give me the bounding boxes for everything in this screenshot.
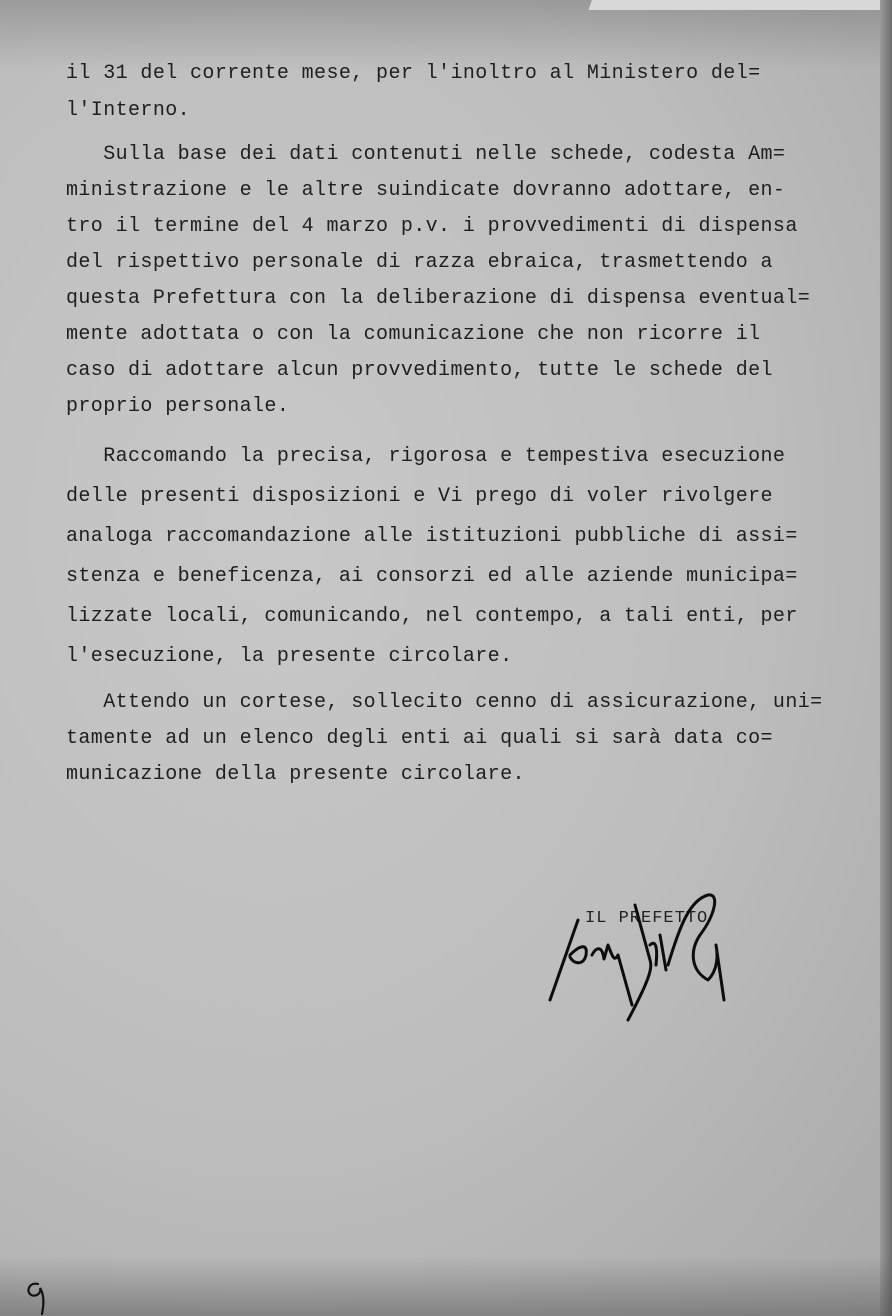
text-line: l'Interno.	[66, 99, 190, 122]
text-line: mente adottata o con la comunicazione ch…	[66, 323, 761, 346]
top-shadow	[0, 0, 892, 70]
text-line: proprio personale.	[66, 395, 289, 418]
text-line: municazione della presente circolare.	[66, 763, 525, 786]
handwritten-signature-icon	[540, 885, 760, 1025]
text-line: stenza e beneficenza, ai consorzi ed all…	[66, 565, 798, 588]
text-line: Raccomando la precisa, rigorosa e tempes…	[66, 445, 785, 468]
text-line: questa Prefettura con la deliberazione d…	[66, 287, 810, 310]
signature-block: IL PREFETTO	[540, 885, 760, 1025]
text-line: ministrazione e le altre suindicate dovr…	[66, 179, 785, 202]
bottom-shadow	[0, 1256, 892, 1316]
underlying-page-edge	[588, 0, 892, 10]
right-page-edge	[880, 0, 892, 1316]
text-line: analoga raccomandazione alle istituzioni…	[66, 525, 798, 548]
text-line: lizzate locali, comunicando, nel contemp…	[66, 605, 798, 628]
text-line: Attendo un cortese, sollecito cenno di a…	[66, 691, 823, 714]
text-line: tamente ad un elenco degli enti ai quali…	[66, 727, 773, 750]
document-page: il 31 del corrente mese, per l'inoltro a…	[0, 0, 892, 1316]
text-line: del rispettivo personale di razza ebraic…	[66, 251, 773, 274]
handwritten-page-number-icon	[24, 1280, 54, 1316]
text-line: caso di adottare alcun provvedimento, tu…	[66, 359, 773, 382]
text-line: Sulla base dei dati contenuti nelle sche…	[66, 143, 785, 166]
text-line: tro il termine del 4 marzo p.v. i provve…	[66, 215, 798, 238]
text-line: il 31 del corrente mese, per l'inoltro a…	[66, 62, 761, 85]
text-line: delle presenti disposizioni e Vi prego d…	[66, 485, 773, 508]
text-line: l'esecuzione, la presente circolare.	[66, 645, 512, 668]
